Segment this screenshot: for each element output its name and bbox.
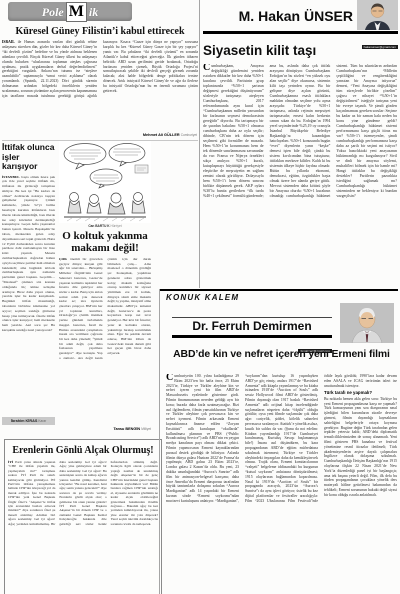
konuk-kalem-label: KONUK KALEM	[166, 293, 239, 302]
logo-letter-m: M	[66, 2, 87, 22]
article-erenler-body: İYİ Parti çatısı altında yaşanan “CHP il…	[8, 460, 158, 582]
article-siyaset-body: Cumhurbaşkanı, Anayasa değişikliği günde…	[203, 64, 397, 288]
article-ermeni-body: Cumhuriyetin 100. yılını kutladığımız 29…	[166, 374, 397, 590]
logo-text-post: ik	[89, 6, 98, 18]
article-koltuk-lead: ÇOK	[59, 257, 67, 261]
article-ermeni-text-2: Bu noktada hemen akla gelen soru: Türkiy…	[324, 397, 397, 497]
konuk-kalem-left-rule	[159, 289, 160, 594]
article-ittifak-lead: İSTANBUL	[2, 175, 20, 179]
dropcap: C	[166, 374, 173, 382]
byline-name: Mehmet Ali GÜLLER	[143, 133, 180, 137]
cartoon-credit: Can BARTU K Hürriyet	[59, 224, 151, 228]
columnist-name-unser: M. Hakan ÜNSER	[203, 8, 353, 24]
editorial-cartoon	[59, 141, 151, 223]
logo-text-pre: Pole	[42, 6, 64, 18]
byline-source: Karar	[38, 419, 46, 423]
article-siyaset-headline: Siyasetin kilit taşı	[203, 43, 397, 58]
rule-above-demirmen	[172, 317, 332, 318]
article-koltuk-byline: Tansu BENGİN Milliyet	[110, 427, 151, 432]
article-ittifak-body: İSTANBUL başta olmak üzere pek çok ilde …	[2, 175, 55, 417]
article-kuresel-body: İSRAİL ile Hamas arasında varılan dört g…	[2, 40, 198, 124]
article-koltuk-body: ÇOK önemli bir görevden geçiyor dünya; k…	[59, 257, 151, 415]
cartoon-illustration	[59, 141, 151, 223]
article-ermeni-subhead: Türk tarafı ne yapmalı?	[324, 390, 397, 396]
article-erenler-text: Parti çatısı altında yaşanan “CHP ile it…	[8, 460, 158, 526]
cartoon-source: Hürriyet	[110, 224, 121, 228]
article-koltuk-headline: O koltuk yakınma makamı değil!	[59, 231, 151, 254]
byline-source: Cumhuriyet	[181, 133, 197, 137]
newspaper-page: Pole M ik Küresel Güney Filistin’i kabul…	[0, 0, 400, 594]
byline-name: İbrahim KİRAS	[11, 419, 38, 423]
columnist-photo-demirmen	[340, 303, 394, 343]
article-kuresel-lead: İSRAİL	[2, 40, 15, 44]
rule-under-demirmen	[172, 335, 332, 338]
article-erenler-headline: Erenlerin Gönlü Alçak Olurmuş!	[8, 445, 158, 456]
article-siyaset-text: umhurbaşkanı, Anayasa değişikliği gündem…	[203, 64, 397, 198]
article-ittifak-byline: İbrahim KİRAS Karar	[2, 417, 55, 426]
article-kuresel-byline: Mehmet Ali GÜLLER Cumhuriyet	[140, 133, 197, 138]
article-ittifak-headline: İttifak olunca işler karışıyor	[2, 143, 55, 172]
vertical-divider-main	[199, 0, 200, 288]
article-kuresel-headline: Küresel Güney Filistin’i kabul ettirecek	[2, 26, 198, 37]
columnist-photo-unser	[357, 0, 398, 30]
section-logo-polemik: Pole M ik	[8, 2, 132, 21]
columnist-name-demirmen: Dr. Ferruh Demirmen	[172, 319, 332, 333]
byline-source: Milliyet	[141, 427, 151, 431]
byline-name: Tansu BENGİN	[113, 427, 140, 431]
article-kuresel-guney: Küresel Güney Filistin’i kabul ettirecek…	[2, 25, 198, 139]
rule-under-unser	[203, 31, 398, 34]
article-erenler-box: Erenlerin Gönlü Alçak Olurmuş! İYİ Parti…	[4, 439, 162, 594]
cartoonist-name: Can BARTU K	[88, 224, 109, 228]
article-kuresel-text: ile Hamas arasında varılan dört günlük r…	[2, 40, 198, 98]
article-ittifak: İttifak olunca işler karışıyor İSTANBUL …	[2, 143, 55, 433]
article-ittifak-text: başta olmak üzere pek çok ilde yerel seç…	[2, 175, 55, 333]
dropcap: C	[203, 64, 210, 72]
article-koltuk: O koltuk yakınma makamı değil! ÇOK öneml…	[59, 230, 151, 433]
konuk-kalem-top-rule	[159, 289, 398, 291]
article-koltuk-text: önemli bir görevden geçiyor dünya; kurşu…	[59, 257, 151, 360]
article-ermeni-headline: ABD’de kin ve nefret içeren yeni Ermeni …	[166, 349, 397, 361]
